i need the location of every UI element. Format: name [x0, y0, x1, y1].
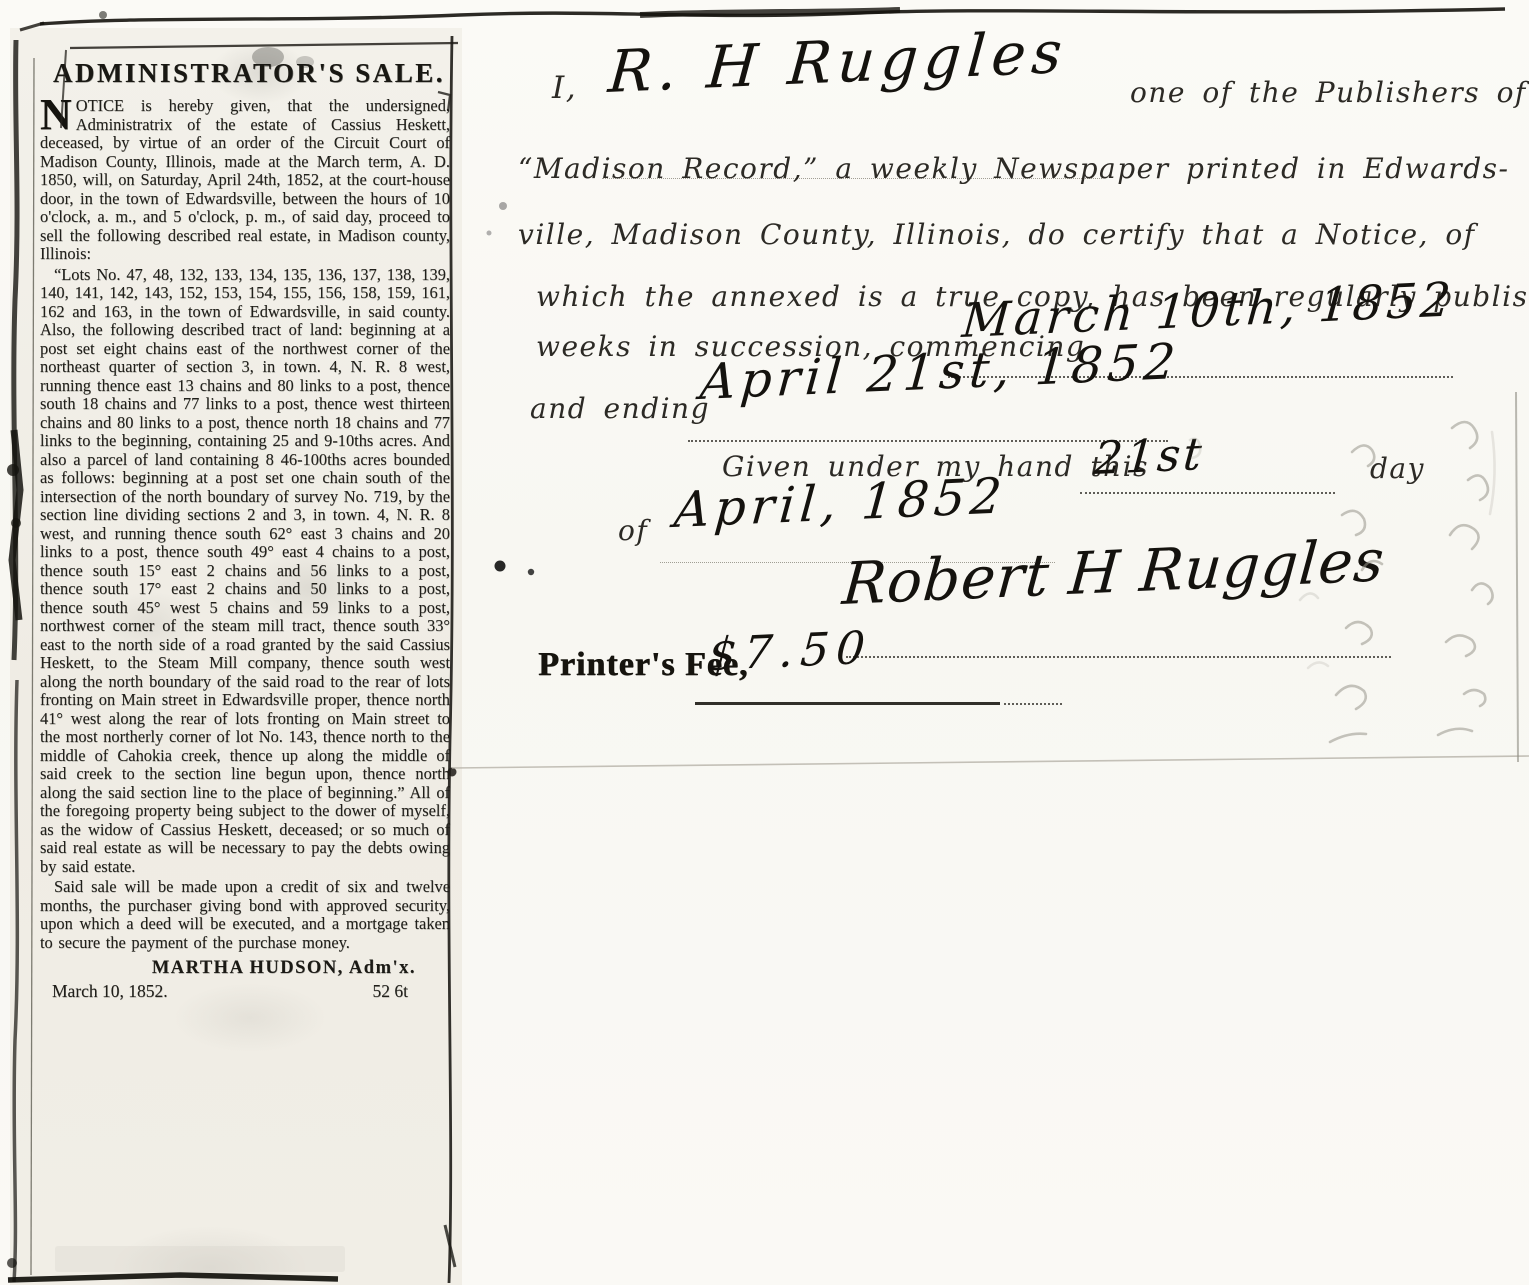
given-day-handwritten: 21st — [1092, 427, 1207, 485]
certificate-of-publication: I, R. H Ruggles one of the Publishers of… — [490, 30, 1529, 770]
issue-mark: 52 6t — [373, 981, 409, 1002]
publisher-name-handwritten: R. H Ruggles — [606, 18, 1070, 106]
form-line-2: “Madison Record,” a weekly Newspaper pri… — [518, 152, 1509, 185]
form-line-3: ville, Madison County, Illinois, do cert… — [518, 218, 1476, 251]
fee-amount-handwritten: $7.50 — [706, 621, 874, 681]
top-edge-line — [40, 9, 1505, 24]
given-suffix: day — [1370, 452, 1425, 485]
fee-rule — [695, 702, 1000, 705]
of-word: of — [618, 514, 648, 547]
clipping-title: ADMINISTRATOR'S SALE. — [48, 58, 450, 89]
clipping-dateline: March 10, 1852. 52 6t — [38, 979, 452, 1002]
drop-cap: N — [40, 97, 76, 131]
clipping-date: March 10, 1852. — [52, 981, 168, 1002]
intro-suffix: one of the Publishers of the — [1130, 76, 1529, 109]
intro-prefix: I, — [552, 70, 577, 106]
notice-text: OTICE is hereby given, that the undersig… — [40, 96, 450, 263]
ending-prefix: and ending — [530, 392, 710, 425]
fee-rule-ext — [1004, 703, 1062, 705]
notice-paragraph: NOTICE is hereby given, that the undersi… — [38, 97, 452, 264]
lots-paragraph: “Lots No. 47, 48, 132, 133, 134, 135, 13… — [38, 266, 452, 877]
fill-in-rule — [1080, 492, 1335, 494]
administratrix-signature: MARTHA HUDSON, Adm'x. — [38, 958, 416, 979]
publisher-signature: Robert H Ruggles — [840, 526, 1387, 618]
scanned-document: ADMINISTRATOR'S SALE. NOTICE is hereby g… — [0, 0, 1529, 1285]
terms-paragraph: Said sale will be made upon a credit of … — [38, 878, 452, 952]
signature-rule — [846, 656, 1391, 658]
newspaper-clipping: ADMINISTRATOR'S SALE. NOTICE is hereby g… — [10, 28, 462, 1285]
